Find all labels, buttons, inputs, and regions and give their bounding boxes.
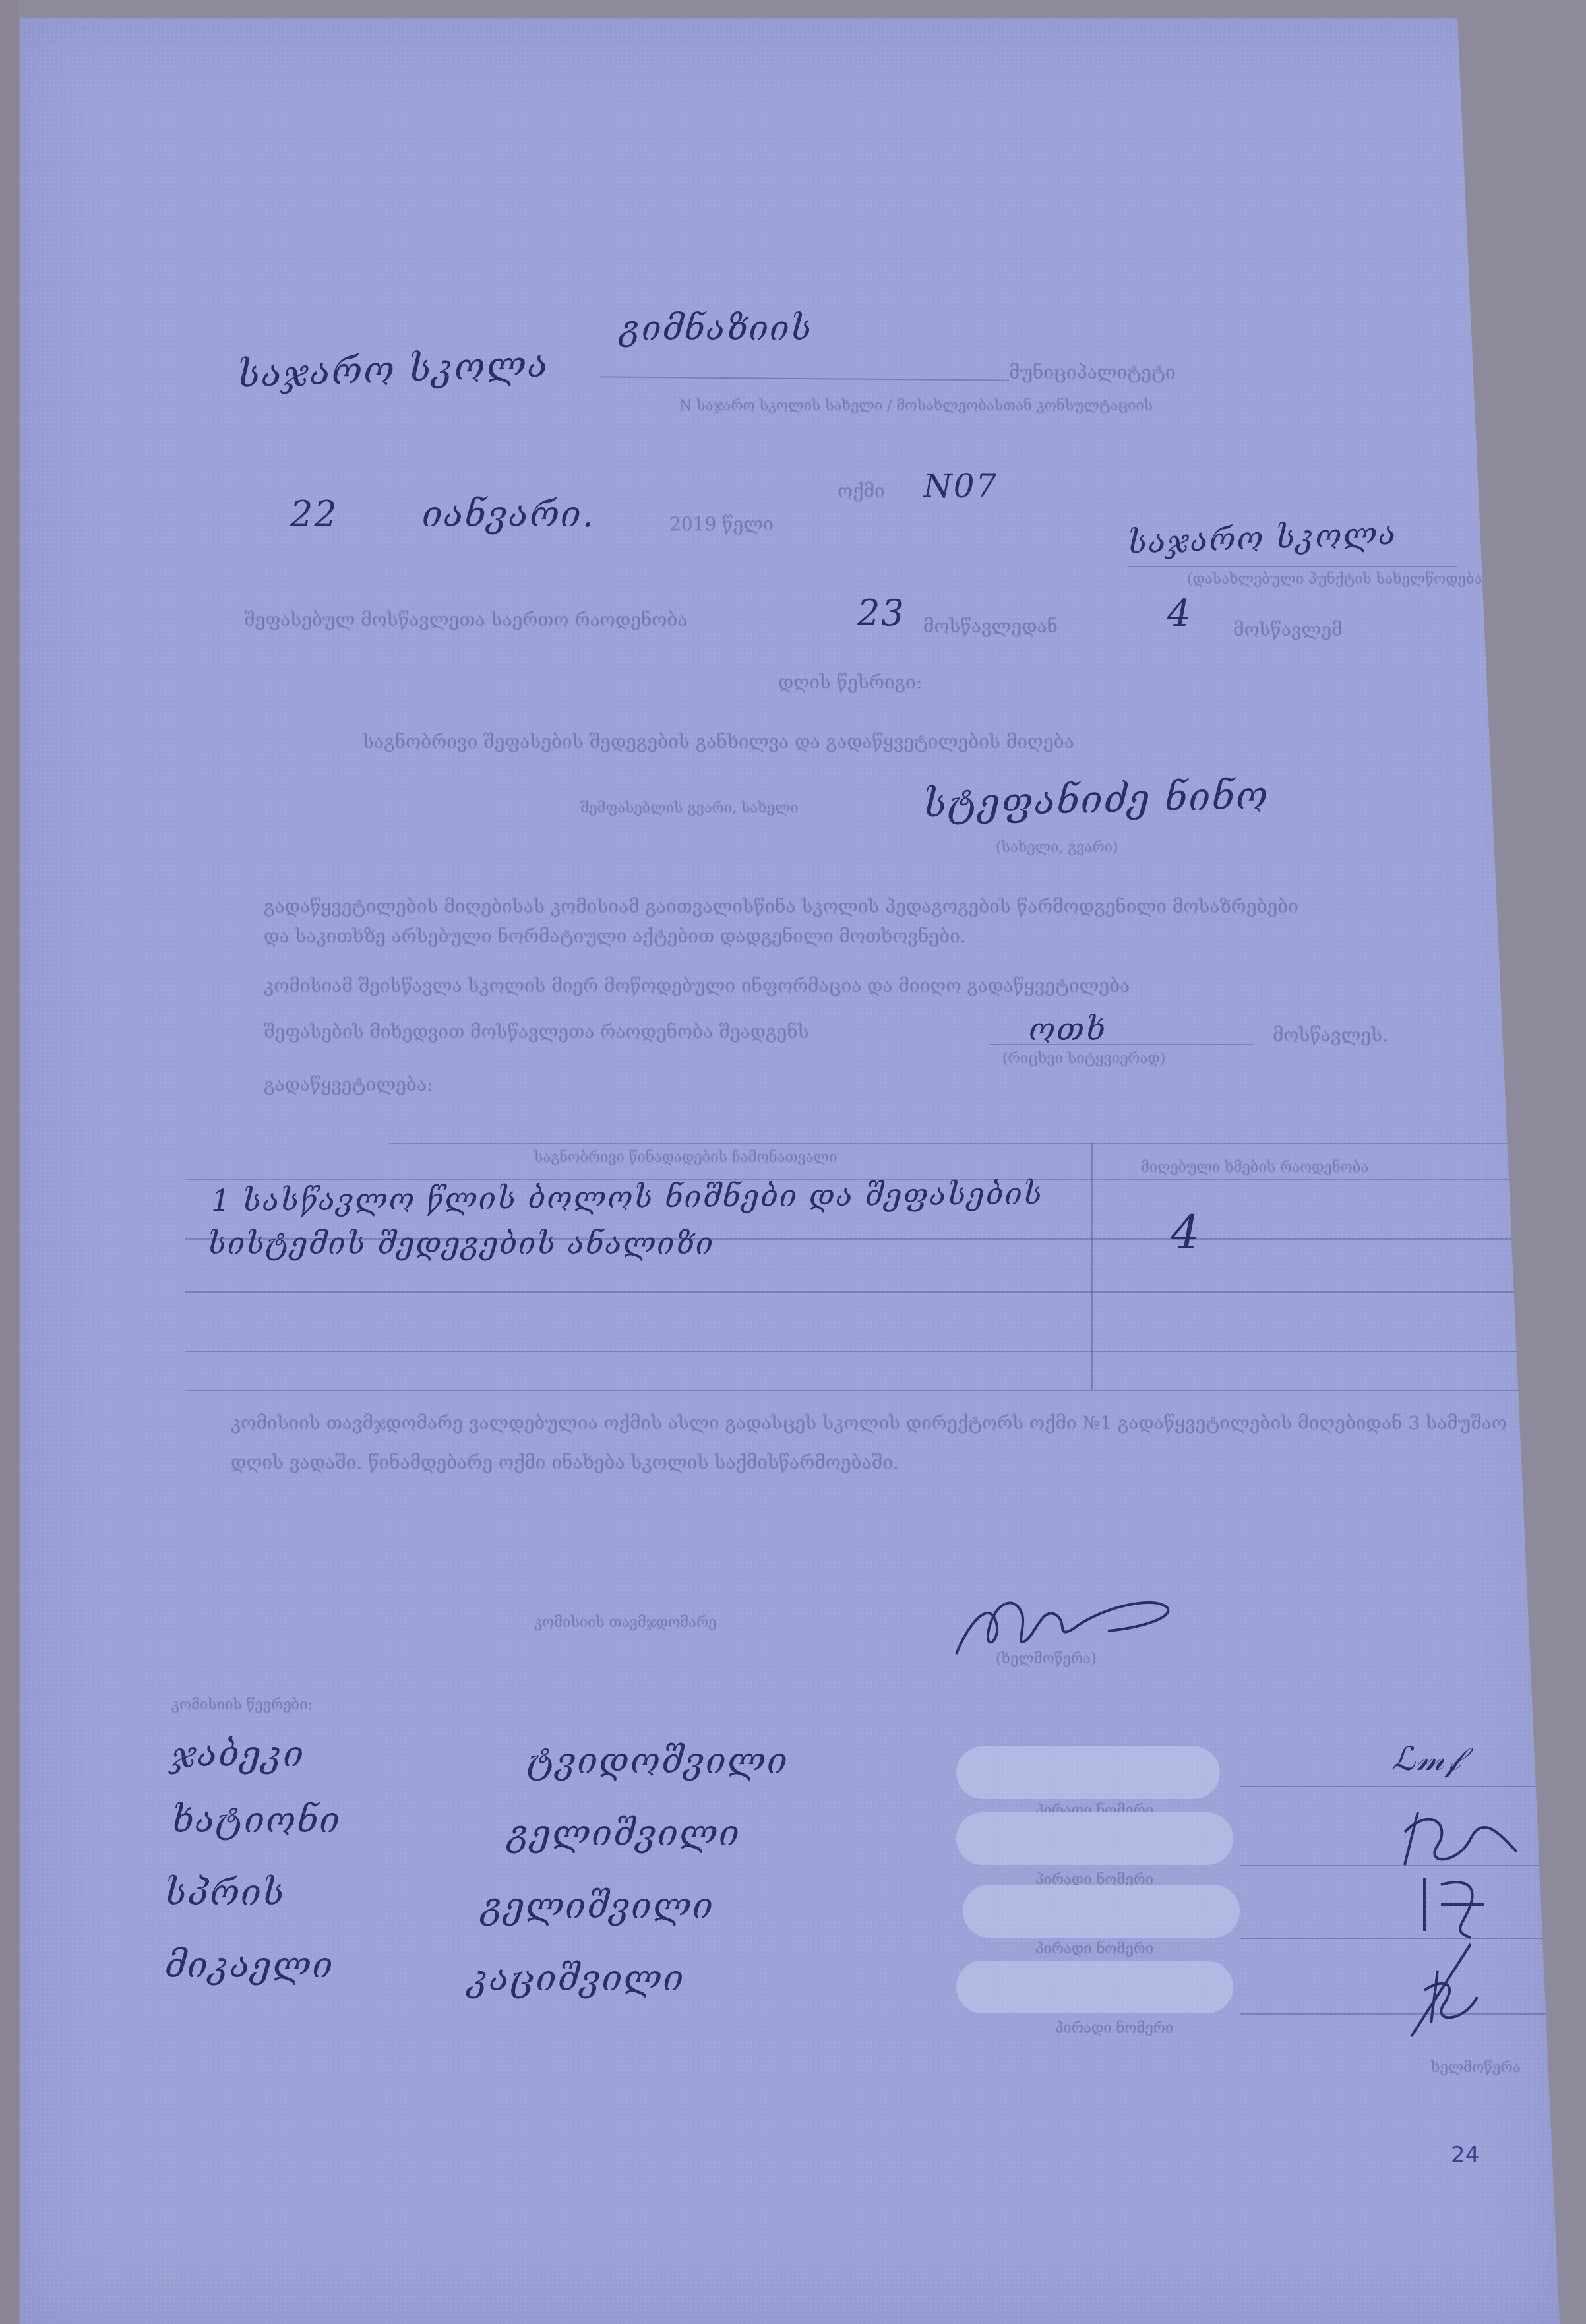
chair-label: კომისიის თავმჯდომარე [534, 1614, 716, 1631]
agenda-label: დღის წესრიგი: [778, 671, 922, 693]
table-header-proposals: საგნობრივი წინადადების ჩამონათვალი [534, 1149, 837, 1166]
place-caption: (დასახლებული პუნქტის სახელწოდება) [1187, 571, 1488, 588]
evaluator-label: შემფასებლის გვარი, სახელი [580, 800, 799, 816]
member-first-name: ჯაბეკი [171, 1733, 305, 1775]
paragraph-1: გადაწყვეტილების მიღებისას კომისიამ გაითვ… [264, 896, 1298, 917]
redacted-id [956, 1746, 1220, 1799]
questions-label: მოსწავლედან [923, 615, 1058, 637]
document-page: გიმნაზიის საჯარო სკოლა მუნიციპალიტეტი N … [20, 18, 1560, 2324]
member-id-caption: პირადი ნომერი [1055, 2020, 1173, 2036]
evaluator-handwritten: სტეფანიძე ნინო [923, 772, 1269, 826]
signature-line [1240, 2013, 1563, 2015]
questions-count: 23 [857, 592, 905, 634]
decision-label: გადაწყვეტილება: [264, 1074, 433, 1095]
member-last-name: ტვიდოშვილი [528, 1740, 789, 1781]
answers-label: მოსწავლემ [1233, 619, 1343, 640]
paragraph-2: და საკითხზე არსებული ნორმატიული აქტებით … [264, 925, 966, 947]
member-signature: ℒ𝓂𝒻 [1391, 1740, 1462, 1779]
member-last-name: კაციშვილი [468, 1957, 685, 1999]
paragraph-4-caption: (რიცხვი სიტყვიერად) [1002, 1051, 1165, 1067]
table-row-line [185, 1291, 1543, 1293]
school-name-handwritten-top: გიმნაზიის [620, 309, 812, 348]
agenda-text: საგნობრივი შეფასების შედეგების განხილვა … [363, 731, 1074, 752]
closing-text: კომისიის თავმჯდომარე ვალდებულია ოქმის ას… [231, 1403, 1517, 1483]
answers-count: 4 [1167, 592, 1192, 635]
paragraph-3: კომისიამ შეისწავლა სკოლის მიერ მოწოდებულ… [264, 975, 1130, 996]
school-caption: მუნიციპალიტეტი [1009, 361, 1175, 383]
place-handwritten: საჯარო სკოლა [1127, 515, 1397, 561]
table-top-border [389, 1143, 1523, 1144]
counts-label: შეფასებულ მოსწავლეთა საერთო რაოდენობა [244, 609, 688, 630]
school-name-handwritten: საჯარო სკოლა [237, 343, 550, 396]
member-first-name: ხატიონი [171, 1799, 341, 1841]
school-subcaption: N საჯარო სკოლის სახელი / მოსახლეობასთან … [679, 398, 1153, 414]
evaluator-caption: (სახელი, გვარი) [996, 840, 1118, 856]
number-label: ოქმი [838, 480, 885, 502]
table-row-votes: 4 [1171, 1206, 1202, 1260]
table-bottom-border [185, 1390, 1556, 1391]
date-day: 22 [290, 493, 338, 535]
date-year: 2019 წელი [669, 513, 774, 535]
table-header-votes: მიღებული ხმების რაოდენობა [1141, 1159, 1368, 1176]
redacted-id [956, 1961, 1233, 2013]
member-last-name: გელიშვილი [481, 1885, 714, 1926]
redacted-id [956, 1812, 1233, 1865]
paragraph-4-line [989, 1044, 1253, 1045]
school-line [600, 376, 1009, 381]
member-first-name: სპრის [165, 1872, 286, 1913]
page-number: 24 [1451, 2142, 1479, 2168]
table-row-text-line1: 1 სასწავლო წლის ბოლოს ნიშნები და შეფასებ… [211, 1175, 1043, 1218]
table-row-text-line2: სისტემის შედეგების ანალიზი [208, 1225, 714, 1261]
redacted-id [963, 1885, 1240, 1938]
signature-line [1240, 1786, 1543, 1787]
chair-caption: (ხელმოწერა) [996, 1651, 1097, 1667]
members-label: კომისიის წევრები: [171, 1697, 313, 1713]
member-signature [1391, 1931, 1497, 2043]
member-sign-caption: ხელმოწერა [1431, 2060, 1520, 2076]
member-first-name: მიკაელი [165, 1944, 334, 1986]
paragraph-4-value: ოთხ [1029, 1011, 1107, 1048]
member-id-caption: პირადი ნომერი [1035, 1941, 1153, 1957]
member-last-name: გელიშვილი [508, 1812, 741, 1854]
date-month: იანვარი. [422, 493, 595, 535]
number-value: N07 [923, 467, 998, 505]
place-line [1128, 566, 1457, 567]
table-row-line [185, 1351, 1550, 1352]
paragraph-4-prefix: შეფასების მიხედვით მოსწავლეთა რაოდენობა … [264, 1021, 809, 1043]
signature-line [1240, 1865, 1550, 1866]
paragraph-4-suffix: მოსწავლეს. [1273, 1024, 1388, 1046]
table-column-divider [1091, 1143, 1093, 1390]
